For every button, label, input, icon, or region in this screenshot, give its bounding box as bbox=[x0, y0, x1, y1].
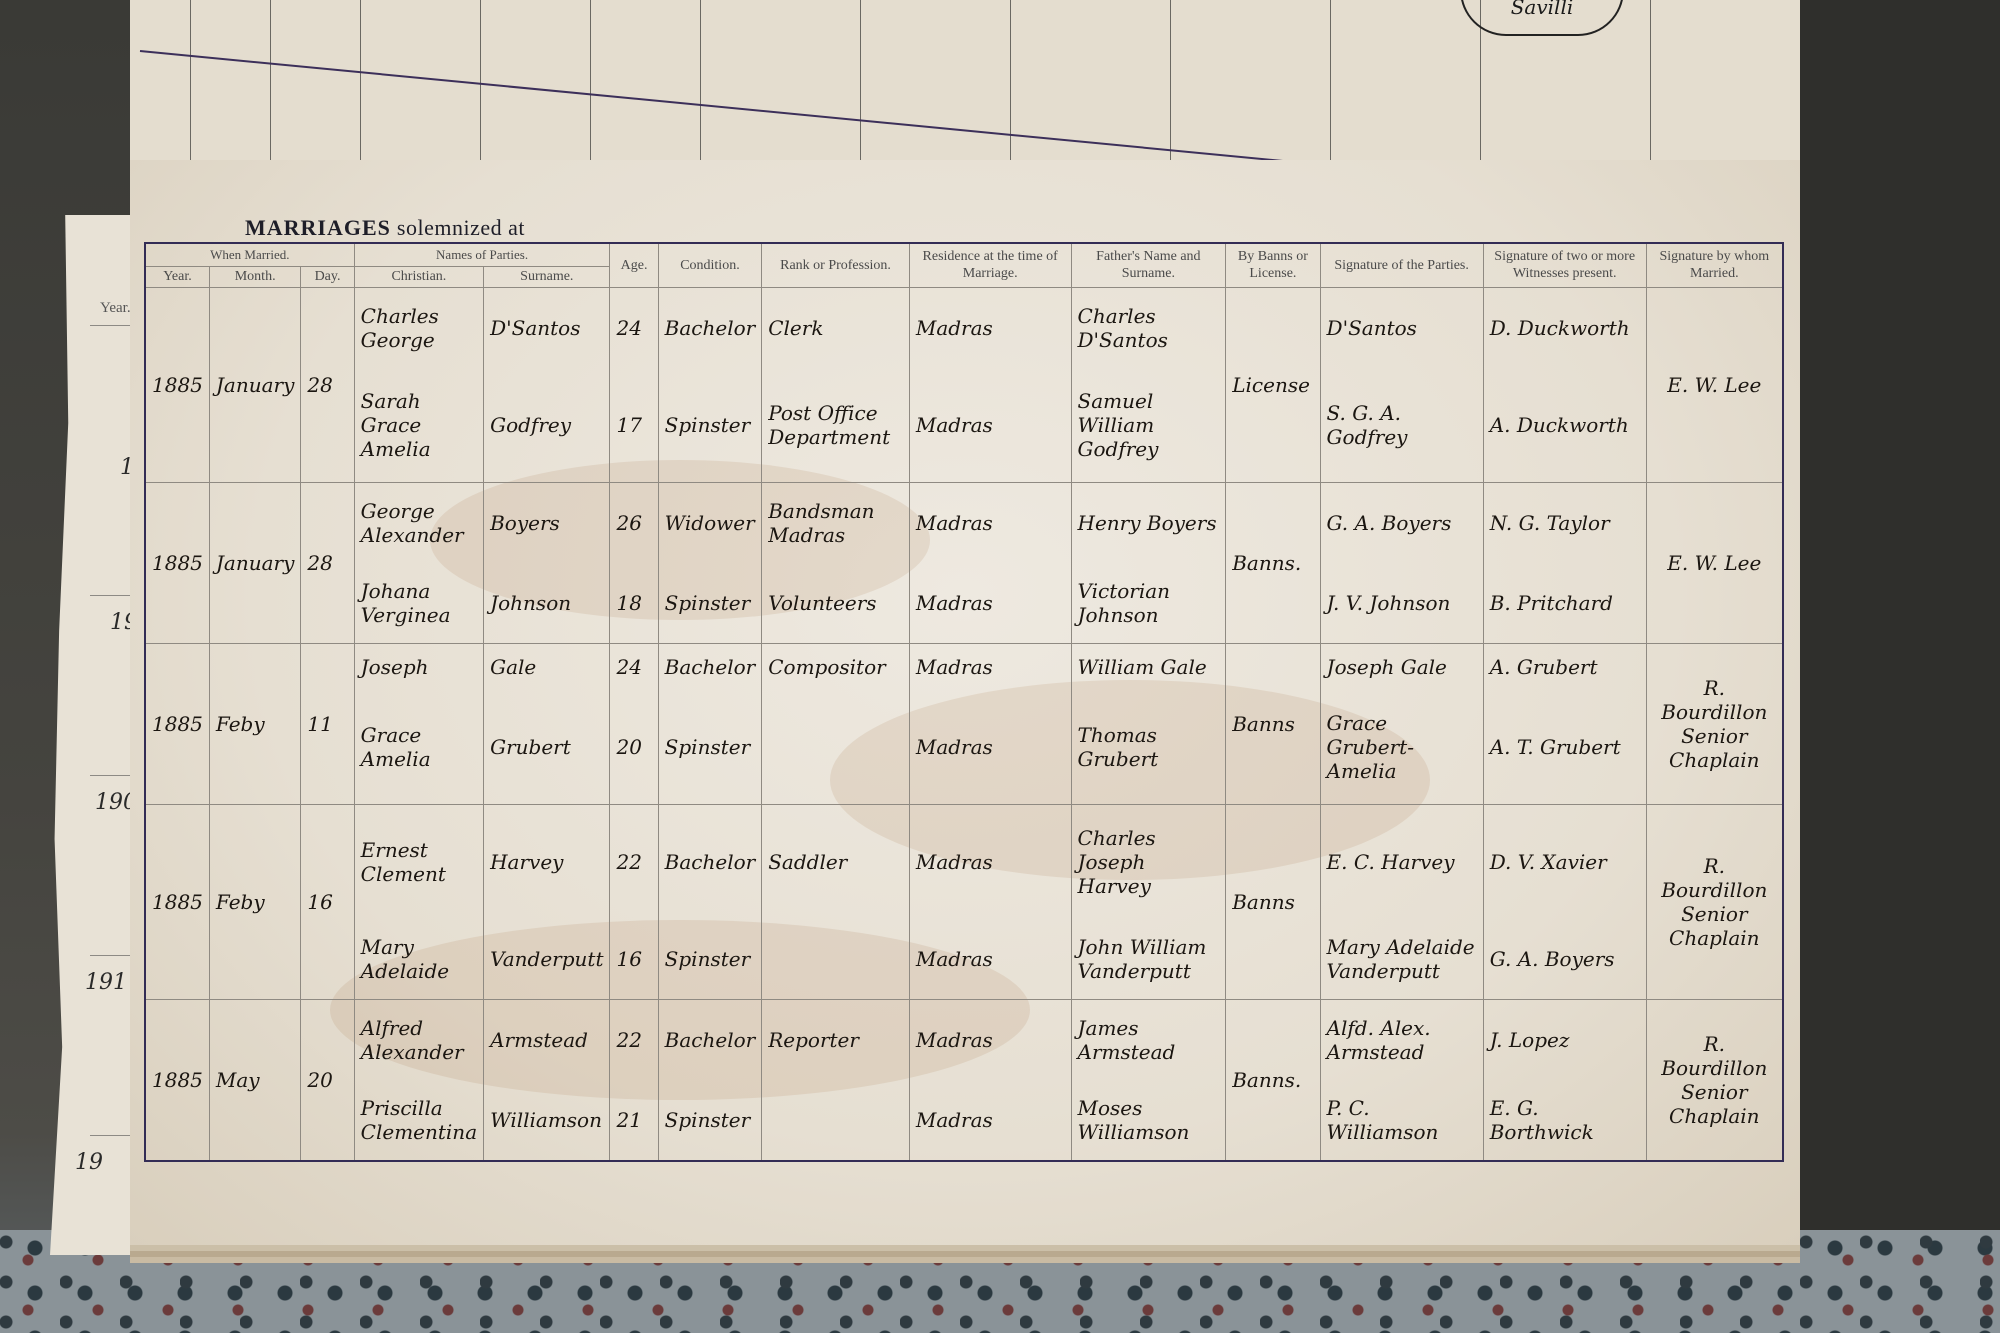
bride-signature: S. G. A. Godfrey bbox=[1320, 368, 1483, 483]
table-surface bbox=[1800, 0, 2000, 1230]
bride-christian: Johana Verginea bbox=[354, 563, 483, 643]
groom-christian: Joseph bbox=[354, 643, 483, 689]
entry-day: 11 bbox=[301, 643, 354, 804]
register-entry: 1885 January 28 Charles George D'Santos … bbox=[145, 288, 1783, 368]
groom-christian: George Alexander bbox=[354, 483, 483, 563]
entry-month: January bbox=[209, 483, 301, 644]
col-party-signatures: Signature of the Parties. bbox=[1320, 243, 1483, 288]
bride-residence: Madras bbox=[909, 1080, 1071, 1161]
groom-condition: Widower bbox=[658, 483, 762, 563]
bride-condition: Spinster bbox=[658, 690, 762, 805]
groom-surname: D'Santos bbox=[484, 288, 610, 368]
officiant-signature: R. Bourdillon Senior Chaplain bbox=[1646, 804, 1783, 999]
col-residence: Residence at the time of Marriage. bbox=[909, 243, 1071, 288]
bride-condition: Spinster bbox=[658, 919, 762, 999]
bride-age: 21 bbox=[610, 1080, 658, 1161]
groom-surname: Armstead bbox=[484, 999, 610, 1079]
bride-father: Samuel William Godfrey bbox=[1071, 368, 1226, 483]
witness-signature: J. Lopez bbox=[1483, 999, 1646, 1079]
bride-profession bbox=[762, 690, 910, 805]
witness-signature: B. Pritchard bbox=[1483, 563, 1646, 643]
title-solemnized: solemnized at bbox=[397, 215, 525, 240]
col-profession: Rank or Profession. bbox=[762, 243, 910, 288]
groom-age: 22 bbox=[610, 804, 658, 919]
page-title: MARRIAGES solemnized at bbox=[245, 215, 525, 241]
bride-residence: Madras bbox=[909, 563, 1071, 643]
bride-father: Thomas Grubert bbox=[1071, 690, 1226, 805]
col-surname: Surname. bbox=[484, 267, 610, 288]
groom-age: 24 bbox=[610, 288, 658, 368]
bride-age: 18 bbox=[610, 563, 658, 643]
banns-or-license: Banns bbox=[1226, 804, 1320, 999]
officiant-signature: R. Bourdillon Senior Chaplain bbox=[1646, 643, 1783, 804]
bride-age: 17 bbox=[610, 368, 658, 483]
groom-signature: D'Santos bbox=[1320, 288, 1483, 368]
bride-residence: Madras bbox=[909, 690, 1071, 805]
bride-residence: Madras bbox=[909, 919, 1071, 999]
entry-year: 1885 bbox=[145, 483, 209, 644]
witness-signature: A. T. Grubert bbox=[1483, 690, 1646, 805]
banns-or-license: License bbox=[1226, 288, 1320, 483]
groom-condition: Bachelor bbox=[658, 999, 762, 1079]
bride-profession bbox=[762, 919, 910, 999]
groom-signature: E. C. Harvey bbox=[1320, 804, 1483, 919]
groom-profession: Compositor bbox=[762, 643, 910, 689]
stamp: Savilli bbox=[1460, 0, 1624, 36]
col-banns-license: By Banns or License. bbox=[1226, 243, 1320, 288]
stub-year-header: Year. bbox=[100, 300, 131, 317]
groom-father: Charles D'Santos bbox=[1071, 288, 1226, 368]
entry-year: 1885 bbox=[145, 804, 209, 999]
witness-signature: A. Grubert bbox=[1483, 643, 1646, 689]
col-christian: Christian. bbox=[354, 267, 483, 288]
bride-surname: Vanderputt bbox=[484, 919, 610, 999]
groom-profession: Bandsman Madras bbox=[762, 483, 910, 563]
bride-christian: Mary Adelaide bbox=[354, 919, 483, 999]
witness-signature: D. Duckworth bbox=[1483, 288, 1646, 368]
group-names-of-parties: Names of Parties. bbox=[354, 243, 610, 267]
bride-residence: Madras bbox=[909, 368, 1071, 483]
col-father: Father's Name and Surname. bbox=[1071, 243, 1226, 288]
groom-residence: Madras bbox=[909, 999, 1071, 1079]
groom-condition: Bachelor bbox=[658, 288, 762, 368]
bride-father: John William Vanderputt bbox=[1071, 919, 1226, 999]
register-entry-bride: Mary Adelaide Vanderputt 16 Spinster Mad… bbox=[145, 919, 1783, 999]
bride-christian: Grace Amelia bbox=[354, 690, 483, 805]
register-entry-bride: Johana Verginea Johnson 18 Spinster Volu… bbox=[145, 563, 1783, 643]
bride-age: 20 bbox=[610, 690, 658, 805]
bride-condition: Spinster bbox=[658, 368, 762, 483]
bride-condition: Spinster bbox=[658, 563, 762, 643]
groom-signature: Alfd. Alex. Armstead bbox=[1320, 999, 1483, 1079]
officiant-signature: R. Bourdillon Senior Chaplain bbox=[1646, 999, 1783, 1161]
witness-signature: E. G. Borthwick bbox=[1483, 1080, 1646, 1161]
entry-year: 1885 bbox=[145, 288, 209, 483]
groom-age: 26 bbox=[610, 483, 658, 563]
bride-profession bbox=[762, 1080, 910, 1161]
witness-signature: N. G. Taylor bbox=[1483, 483, 1646, 563]
groom-father: James Armstead bbox=[1071, 999, 1226, 1079]
entry-month: Feby bbox=[209, 804, 301, 999]
groom-christian: Charles George bbox=[354, 288, 483, 368]
groom-surname: Harvey bbox=[484, 804, 610, 919]
stub-year: 191 bbox=[85, 970, 127, 995]
groom-residence: Madras bbox=[909, 643, 1071, 689]
floor-background bbox=[0, 1230, 2000, 1333]
register-entry-bride: Priscilla Clementina Williamson 21 Spins… bbox=[145, 1080, 1783, 1161]
col-age: Age. bbox=[610, 243, 658, 288]
entry-day: 16 bbox=[301, 804, 354, 999]
bride-condition: Spinster bbox=[658, 1080, 762, 1161]
officiant-signature: E. W. Lee bbox=[1646, 288, 1783, 483]
bride-surname: Godfrey bbox=[484, 368, 610, 483]
officiant-signature: E. W. Lee bbox=[1646, 483, 1783, 644]
entry-month: Feby bbox=[209, 643, 301, 804]
bride-father: Victorian Johnson bbox=[1071, 563, 1226, 643]
witness-signature: A. Duckworth bbox=[1483, 368, 1646, 483]
col-month: Month. bbox=[209, 267, 301, 288]
bride-signature: J. V. Johnson bbox=[1320, 563, 1483, 643]
previous-page: Savilli bbox=[130, 0, 1800, 171]
groom-signature: Joseph Gale bbox=[1320, 643, 1483, 689]
witness-signature: G. A. Boyers bbox=[1483, 919, 1646, 999]
groom-father: William Gale bbox=[1071, 643, 1226, 689]
title-marriages: MARRIAGES bbox=[245, 215, 391, 240]
banns-or-license: Banns bbox=[1226, 643, 1320, 804]
entry-year: 1885 bbox=[145, 999, 209, 1161]
entry-year: 1885 bbox=[145, 643, 209, 804]
entry-month: May bbox=[209, 999, 301, 1161]
bride-surname: Williamson bbox=[484, 1080, 610, 1161]
register-page: MARRIAGES solemnized at When Married. Na… bbox=[130, 160, 1800, 1245]
groom-residence: Madras bbox=[909, 804, 1071, 919]
groom-surname: Boyers bbox=[484, 483, 610, 563]
entry-day: 20 bbox=[301, 999, 354, 1161]
bride-christian: Sarah Grace Amelia bbox=[354, 368, 483, 483]
groom-christian: Ernest Clement bbox=[354, 804, 483, 919]
register-entry: 1885 Feby 16 Ernest Clement Harvey 22 Ba… bbox=[145, 804, 1783, 919]
groom-father: Henry Boyers bbox=[1071, 483, 1226, 563]
col-witnesses: Signature of two or more Witnesses prese… bbox=[1483, 243, 1646, 288]
register-entry-bride: Grace Amelia Grubert 20 Spinster Madras … bbox=[145, 690, 1783, 805]
groom-profession: Saddler bbox=[762, 804, 910, 919]
bride-surname: Grubert bbox=[484, 690, 610, 805]
bride-signature: Grace Grubert-Amelia bbox=[1320, 690, 1483, 805]
register-entry: 1885 May 20 Alfred Alexander Armstead 22… bbox=[145, 999, 1783, 1079]
groom-condition: Bachelor bbox=[658, 804, 762, 919]
bride-father: Moses Williamson bbox=[1071, 1080, 1226, 1161]
bride-age: 16 bbox=[610, 919, 658, 999]
groom-residence: Madras bbox=[909, 288, 1071, 368]
register-entry-bride: Sarah Grace Amelia Godfrey 17 Spinster P… bbox=[145, 368, 1783, 483]
groom-profession: Reporter bbox=[762, 999, 910, 1079]
stub-year: 19 bbox=[75, 1150, 103, 1175]
witness-signature: D. V. Xavier bbox=[1483, 804, 1646, 919]
bride-signature: P. C. Williamson bbox=[1320, 1080, 1483, 1161]
bride-surname: Johnson bbox=[484, 563, 610, 643]
col-condition: Condition. bbox=[658, 243, 762, 288]
bride-signature: Mary Adelaide Vanderputt bbox=[1320, 919, 1483, 999]
groom-father: Charles Joseph Harvey bbox=[1071, 804, 1226, 919]
bride-christian: Priscilla Clementina bbox=[354, 1080, 483, 1161]
groom-age: 24 bbox=[610, 643, 658, 689]
groom-christian: Alfred Alexander bbox=[354, 999, 483, 1079]
banns-or-license: Banns. bbox=[1226, 999, 1320, 1161]
marriage-register-table: When Married. Names of Parties. Age. Con… bbox=[144, 242, 1784, 1162]
register-entry: 1885 January 28 George Alexander Boyers … bbox=[145, 483, 1783, 563]
groom-condition: Bachelor bbox=[658, 643, 762, 689]
groom-residence: Madras bbox=[909, 483, 1071, 563]
register-entry: 1885 Feby 11 Joseph Gale 24 Bachelor Com… bbox=[145, 643, 1783, 689]
entry-day: 28 bbox=[301, 483, 354, 644]
bride-profession: Volunteers bbox=[762, 563, 910, 643]
groom-profession: Clerk bbox=[762, 288, 910, 368]
banns-or-license: Banns. bbox=[1226, 483, 1320, 644]
col-officiant: Signature by whom Married. bbox=[1646, 243, 1783, 288]
groom-signature: G. A. Boyers bbox=[1320, 483, 1483, 563]
bride-profession: Post Office Department bbox=[762, 368, 910, 483]
entry-day: 28 bbox=[301, 288, 354, 483]
groom-surname: Gale bbox=[484, 643, 610, 689]
groom-age: 22 bbox=[610, 999, 658, 1079]
col-year: Year. bbox=[145, 267, 209, 288]
entry-month: January bbox=[209, 288, 301, 483]
col-day: Day. bbox=[301, 267, 354, 288]
group-when-married: When Married. bbox=[145, 243, 354, 267]
